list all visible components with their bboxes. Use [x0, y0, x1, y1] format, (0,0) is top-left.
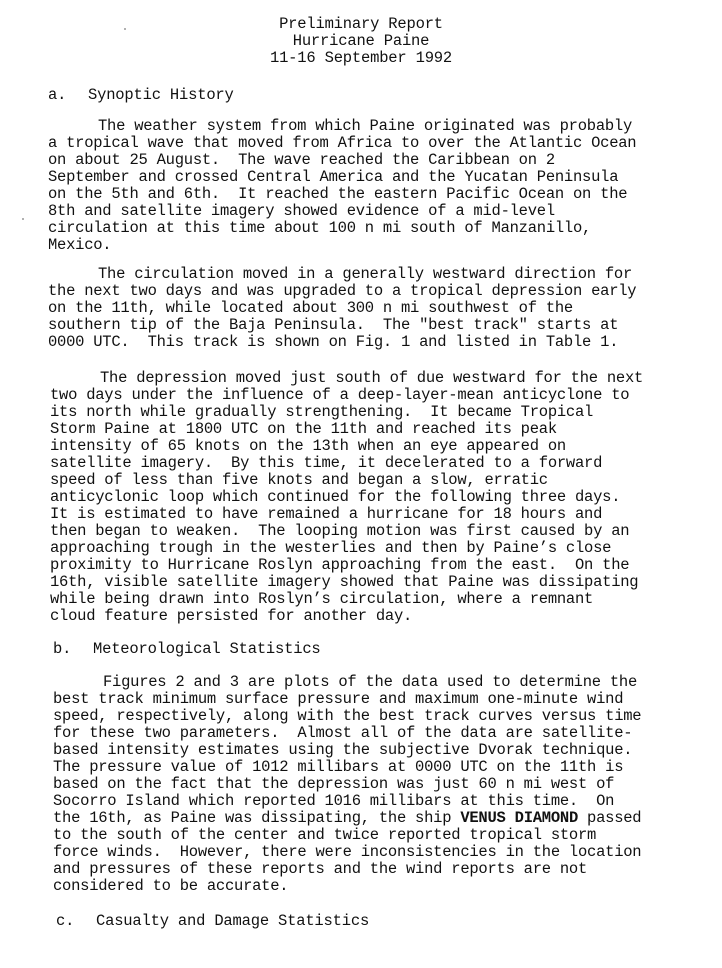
text-line: satellite imagery. By this time, it dece… — [50, 455, 643, 472]
text-line: for these two parameters. Almost all of … — [53, 725, 641, 742]
report-dates: 11-16 September 1992 — [0, 50, 722, 67]
text-line: It is estimated to have remained a hurri… — [50, 506, 643, 523]
text-line: force winds. However, there were inconsi… — [53, 844, 641, 861]
text-line: best track minimum surface pressure and … — [53, 691, 641, 708]
text-line: while being drawn into Roslyn’s circulat… — [50, 591, 643, 608]
text-fragment: passed — [578, 809, 641, 827]
text-line: its north while gradually strengthening.… — [50, 404, 643, 421]
section-heading-casualty-damage: c.Casualty and Damage Statistics — [56, 913, 369, 930]
text-line: based intensity estimates using the subj… — [53, 742, 641, 759]
text-line: 0000 UTC. This track is shown on Fig. 1 … — [48, 334, 636, 351]
text-line: Figures 2 and 3 are plots of the data us… — [53, 674, 641, 691]
section-marker: b. — [53, 641, 93, 658]
text-line: based on the fact that the depression wa… — [53, 776, 641, 793]
text-line: southern tip of the Baja Peninsula. The … — [48, 317, 636, 334]
scan-speck — [124, 28, 126, 30]
storm-name: Hurricane Paine — [0, 33, 722, 50]
text-line: the next two days and was upgraded to a … — [48, 283, 636, 300]
section-heading-synoptic-history: a.Synoptic History — [48, 87, 234, 104]
report-title: Preliminary Report — [0, 16, 722, 33]
text-line: circulation at this time about 100 n mi … — [48, 220, 636, 237]
text-line: The depression moved just south of due w… — [50, 370, 643, 387]
text-line: The weather system from which Paine orig… — [48, 118, 636, 135]
text-line: speed, respectively, along with the best… — [53, 708, 641, 725]
text-line: 16th, visible satellite imagery showed t… — [50, 574, 643, 591]
text-line: cloud feature persisted for another day. — [50, 608, 643, 625]
paragraph-track-intensity: The depression moved just south of due w… — [50, 370, 643, 625]
text-line: 8th and satellite imagery showed evidenc… — [48, 203, 636, 220]
paragraph-depression-formation: The circulation moved in a generally wes… — [48, 266, 636, 351]
paragraph-statistics: Figures 2 and 3 are plots of the data us… — [53, 674, 641, 895]
text-line-ship: the 16th, as Paine was dissipating, the … — [53, 810, 641, 827]
paragraph-origin: The weather system from which Paine orig… — [48, 118, 636, 254]
text-line: proximity to Hurricane Roslyn approachin… — [50, 557, 643, 574]
text-line: Storm Paine at 1800 UTC on the 11th and … — [50, 421, 643, 438]
report-title-block: Preliminary Report Hurricane Paine 11-16… — [0, 16, 722, 67]
document-page: Preliminary Report Hurricane Paine 11-16… — [0, 0, 722, 968]
text-line: intensity of 65 knots on the 13th when a… — [50, 438, 643, 455]
section-heading-meteorological-statistics: b.Meteorological Statistics — [53, 641, 321, 658]
text-line: speed of less than five knots and began … — [50, 472, 643, 489]
section-marker: c. — [56, 913, 96, 930]
text-line: The circulation moved in a generally wes… — [48, 266, 636, 283]
text-line: two days under the influence of a deep-l… — [50, 387, 643, 404]
text-line: Mexico. — [48, 237, 636, 254]
text-line: September and crossed Central America an… — [48, 169, 636, 186]
text-line: then began to weaken. The looping motion… — [50, 523, 643, 540]
text-line: and pressures of these reports and the w… — [53, 861, 641, 878]
text-line: on about 25 August. The wave reached the… — [48, 152, 636, 169]
text-line: approaching trough in the westerlies and… — [50, 540, 643, 557]
text-line: on the 11th, while located about 300 n m… — [48, 300, 636, 317]
text-line: on the 5th and 6th. It reached the easte… — [48, 186, 636, 203]
text-line: to the south of the center and twice rep… — [53, 827, 641, 844]
section-marker: a. — [48, 87, 88, 104]
text-line: Socorro Island which reported 1016 milli… — [53, 793, 641, 810]
text-fragment: the 16th, as Paine was dissipating, the … — [53, 809, 460, 827]
text-line: a tropical wave that moved from Africa t… — [48, 135, 636, 152]
section-title: Synoptic History — [88, 86, 234, 104]
scan-speck — [22, 218, 24, 220]
ship-name: VENUS DIAMOND — [460, 809, 578, 827]
text-line: The pressure value of 1012 millibars at … — [53, 759, 641, 776]
section-title: Meteorological Statistics — [93, 640, 321, 658]
section-title: Casualty and Damage Statistics — [96, 912, 369, 930]
text-line: anticyclonic loop which continued for th… — [50, 489, 643, 506]
text-line: considered to be accurate. — [53, 878, 641, 895]
